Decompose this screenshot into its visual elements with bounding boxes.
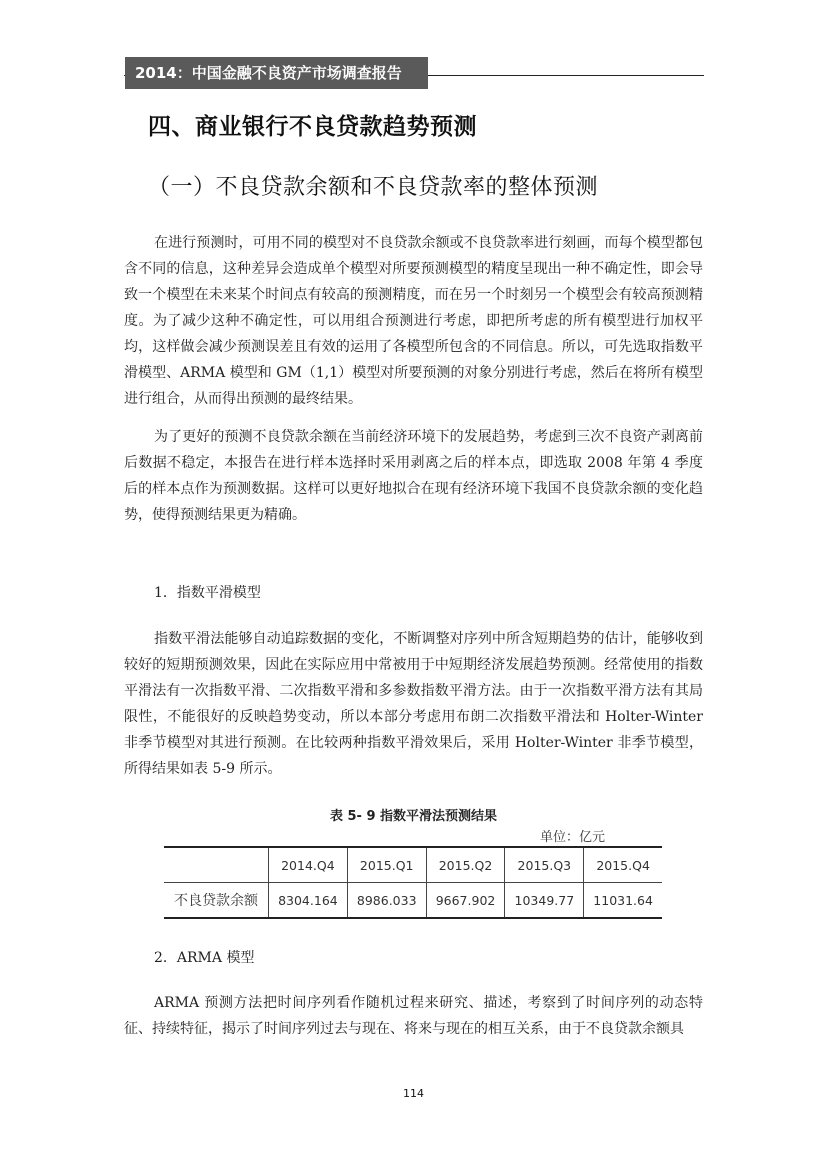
running-header: 2014：中国金融不良资产市场调查报告 <box>125 57 428 89</box>
table-header-cell <box>164 847 269 883</box>
table-cell: 10349.77 <box>505 883 584 919</box>
table-row: 不良贷款余额 8304.164 8986.033 9667.902 10349.… <box>164 883 662 919</box>
subheading-exp-smoothing: 1．指数平滑模型 <box>154 582 261 602</box>
paragraph-4: ARMA 预测方法把时间序列看作随机过程来研究、描述，考察到了时间序列的动态特征… <box>124 990 703 1042</box>
page-number: 114 <box>0 1087 827 1100</box>
paragraph-2: 为了更好的预测不良贷款余额在当前经济环境下的发展趋势，考虑到三次不良资产剥离前后… <box>124 424 703 528</box>
table-header-cell: 2015.Q2 <box>426 847 505 883</box>
table-header-cell: 2015.Q4 <box>584 847 662 883</box>
paragraph-1: 在进行预测时，可用不同的模型对不良贷款余额或不良贷款率进行刻画，而每个模型都包含… <box>124 230 703 412</box>
subsection-title: （一）不良贷款余额和不良贷款率的整体预测 <box>148 170 598 201</box>
table-caption: 表 5- 9 指数平滑法预测结果 <box>0 805 827 824</box>
table-cell: 9667.902 <box>426 883 505 919</box>
subheading-arma: 2．ARMA 模型 <box>154 947 254 967</box>
table-cell: 8304.164 <box>269 883 348 919</box>
section-title: 四、商业银行不良贷款趋势预测 <box>148 108 477 141</box>
forecast-table: 2014.Q4 2015.Q1 2015.Q2 2015.Q3 2015.Q4 … <box>164 846 662 919</box>
table-header-cell: 2015.Q1 <box>347 847 426 883</box>
table-header-cell: 2014.Q4 <box>269 847 348 883</box>
table-unit: 单位：亿元 <box>540 826 605 845</box>
table-header-row: 2014.Q4 2015.Q1 2015.Q2 2015.Q3 2015.Q4 <box>164 847 662 883</box>
table-cell: 8986.033 <box>347 883 426 919</box>
table-cell: 11031.64 <box>584 883 662 919</box>
table-header-cell: 2015.Q3 <box>505 847 584 883</box>
paragraph-3: 指数平滑法能够自动追踪数据的变化，不断调整对序列中所含短期趋势的估计，能够收到较… <box>124 626 703 782</box>
row-label: 不良贷款余额 <box>164 883 269 919</box>
